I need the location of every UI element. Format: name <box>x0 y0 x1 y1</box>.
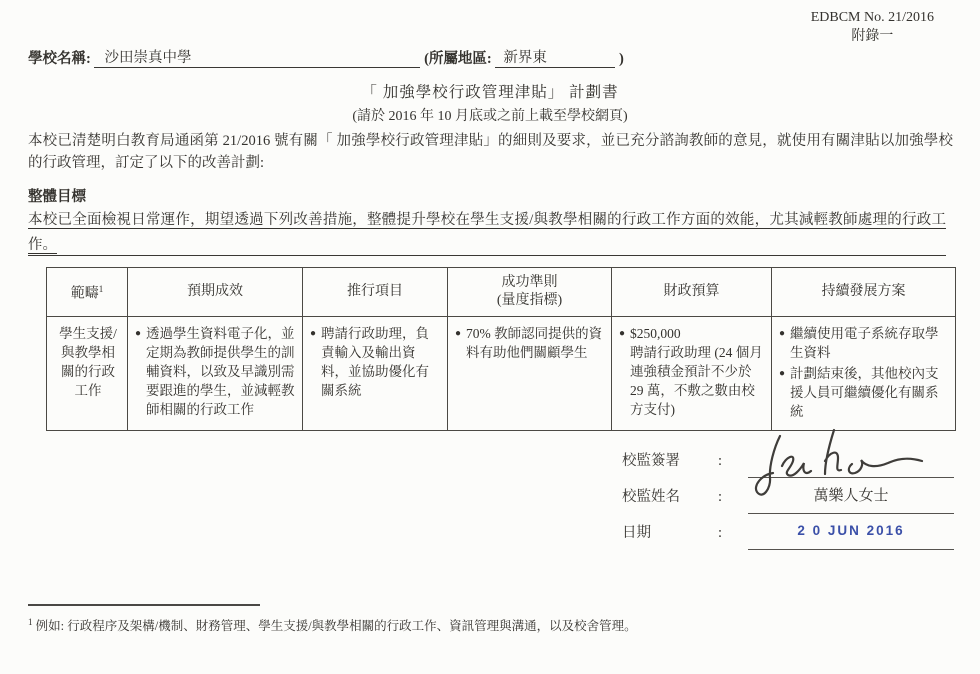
table-row: 學生支援/與教學相關的行政工作 ●透過學生資料電子化，並定期為教師提供學生的訓輔… <box>47 317 956 431</box>
budget-detail: 聘請行政助理 (24 個月連強積金預計不少於 29 萬，不敷之數由校方支付) <box>630 343 766 419</box>
footnote-text-line: 1 例如: 行政程序及架構/機制、財務管理、學生支援/與教學相關的行政工作、資訊… <box>28 613 952 635</box>
supervisor-name-line: 萬樂人女士 <box>748 480 954 514</box>
col-header-items: 推行項目 <box>303 268 448 317</box>
budget-amount: $250,000 <box>630 324 766 343</box>
title-block: 「 加強學校行政管理津貼」 計劃書 (請於 2016 年 10 月底或之前上載至… <box>0 80 980 125</box>
supervisor-signature-label: 校監簽署 <box>622 449 718 478</box>
supervisor-signature-line <box>748 444 954 478</box>
cell-items: ●聘請行政助理，負責輸入及輸出資料，並協助優化有關系統 <box>303 317 448 431</box>
school-name-line: 學校名稱: 沙田崇真中學 (所屬地區: 新界東 ) <box>28 46 624 68</box>
col-header-scope: 範疇1 <box>47 268 128 317</box>
col-header-expected: 預期成效 <box>128 268 303 317</box>
district-value: 新界東 <box>495 46 615 68</box>
doc-ref-number: EDBCM No. 21/2016 <box>811 8 934 27</box>
cell-criteria: ●70% 教師認同提供的資料有助他們關顧學生 <box>448 317 612 431</box>
col-header-sustain: 持續發展方案 <box>772 268 956 317</box>
col-header-criteria: 成功準則 (量度指標) <box>448 268 612 317</box>
col-header-budget: 財政預算 <box>612 268 772 317</box>
name-row: 校監姓名 : 萬樂人女士 <box>622 480 962 514</box>
bullet-icon: ● <box>779 324 785 362</box>
overall-goal-paragraph: 本校已全面檢視日常運作，期望透過下列改善措施，整體提升學校在學生支援/與教學相關… <box>28 208 946 258</box>
doc-reference: EDBCM No. 21/2016 附錄一 <box>811 8 934 46</box>
cell-expected: ●透過學生資料電子化，並定期為教師提供學生的訓輔資料，以致及早識別需要跟進的學生… <box>128 317 303 431</box>
footnote: 1 例如: 行政程序及架構/機制、財務管理、學生支援/與教學相關的行政工作、資訊… <box>28 604 952 635</box>
bullet-icon: ● <box>135 324 141 419</box>
footnote-ref-icon: 1 <box>99 284 104 294</box>
signature-row: 校監簽署 : <box>622 444 962 478</box>
signature-block: 校監簽署 : 校監姓名 : 萬樂人女士 日期 : 2 0 JUN 2016 <box>622 444 962 552</box>
improvement-plan-table: 範疇1 預期成效 推行項目 成功準則 (量度指標) 財政預算 持續發展方案 學生… <box>46 267 956 431</box>
footnote-divider <box>28 604 260 606</box>
school-name-value: 沙田崇真中學 <box>94 46 420 68</box>
overall-goal-text: 本校已全面檢視日常運作，期望透過下列改善措施，整體提升學校在學生支援/與教學相關… <box>28 212 946 253</box>
date-label: 日期 <box>622 521 718 550</box>
footnote-marker: 1 <box>28 617 33 627</box>
upload-deadline-note: (請於 2016 年 10 月底或之前上載至學校網頁) <box>0 105 980 125</box>
overall-goal-heading: 整體目標 <box>28 185 86 206</box>
scanned-document: { "colors": { "stamp_blue": "#3b50a8", "… <box>0 0 980 674</box>
doc-ref-appendix: 附錄一 <box>811 27 934 46</box>
document-title: 「 加強學校行政管理津貼」 計劃書 <box>0 80 980 102</box>
table-header-row: 範疇1 預期成效 推行項目 成功準則 (量度指標) 財政預算 持續發展方案 <box>47 268 956 317</box>
district-label: (所屬地區: <box>424 51 492 67</box>
bullet-icon: ● <box>619 324 625 419</box>
bullet-icon: ● <box>455 324 461 362</box>
intro-paragraph: 本校已清楚明白教育局通函第 21/2016 號有關「 加強學校行政管理津貼」的細… <box>28 130 953 174</box>
school-name-label: 學校名稱: <box>28 51 91 67</box>
date-line: 2 0 JUN 2016 <box>748 516 954 550</box>
footnote-text: 例如: 行政程序及架構/機制、財務管理、學生支援/與教學相關的行政工作、資訊管理… <box>36 619 637 633</box>
supervisor-name-label: 校監姓名 <box>622 485 718 514</box>
cell-budget: ● $250,000 聘請行政助理 (24 個月連強積金預計不少於 29 萬，不… <box>612 317 772 431</box>
bullet-icon: ● <box>310 324 316 400</box>
supervisor-name-value: 萬樂人女士 <box>813 488 888 504</box>
cell-scope: 學生支援/與教學相關的行政工作 <box>47 317 128 431</box>
date-stamp: 2 0 JUN 2016 <box>797 523 904 538</box>
district-close-paren: ) <box>619 51 624 67</box>
date-row: 日期 : 2 0 JUN 2016 <box>622 516 962 550</box>
bullet-icon: ● <box>779 364 785 421</box>
cell-sustain: ●繼續使用電子系統存取學生資料 ●計劃結束後，其他校內支援人員可繼續優化有關系統 <box>772 317 956 431</box>
